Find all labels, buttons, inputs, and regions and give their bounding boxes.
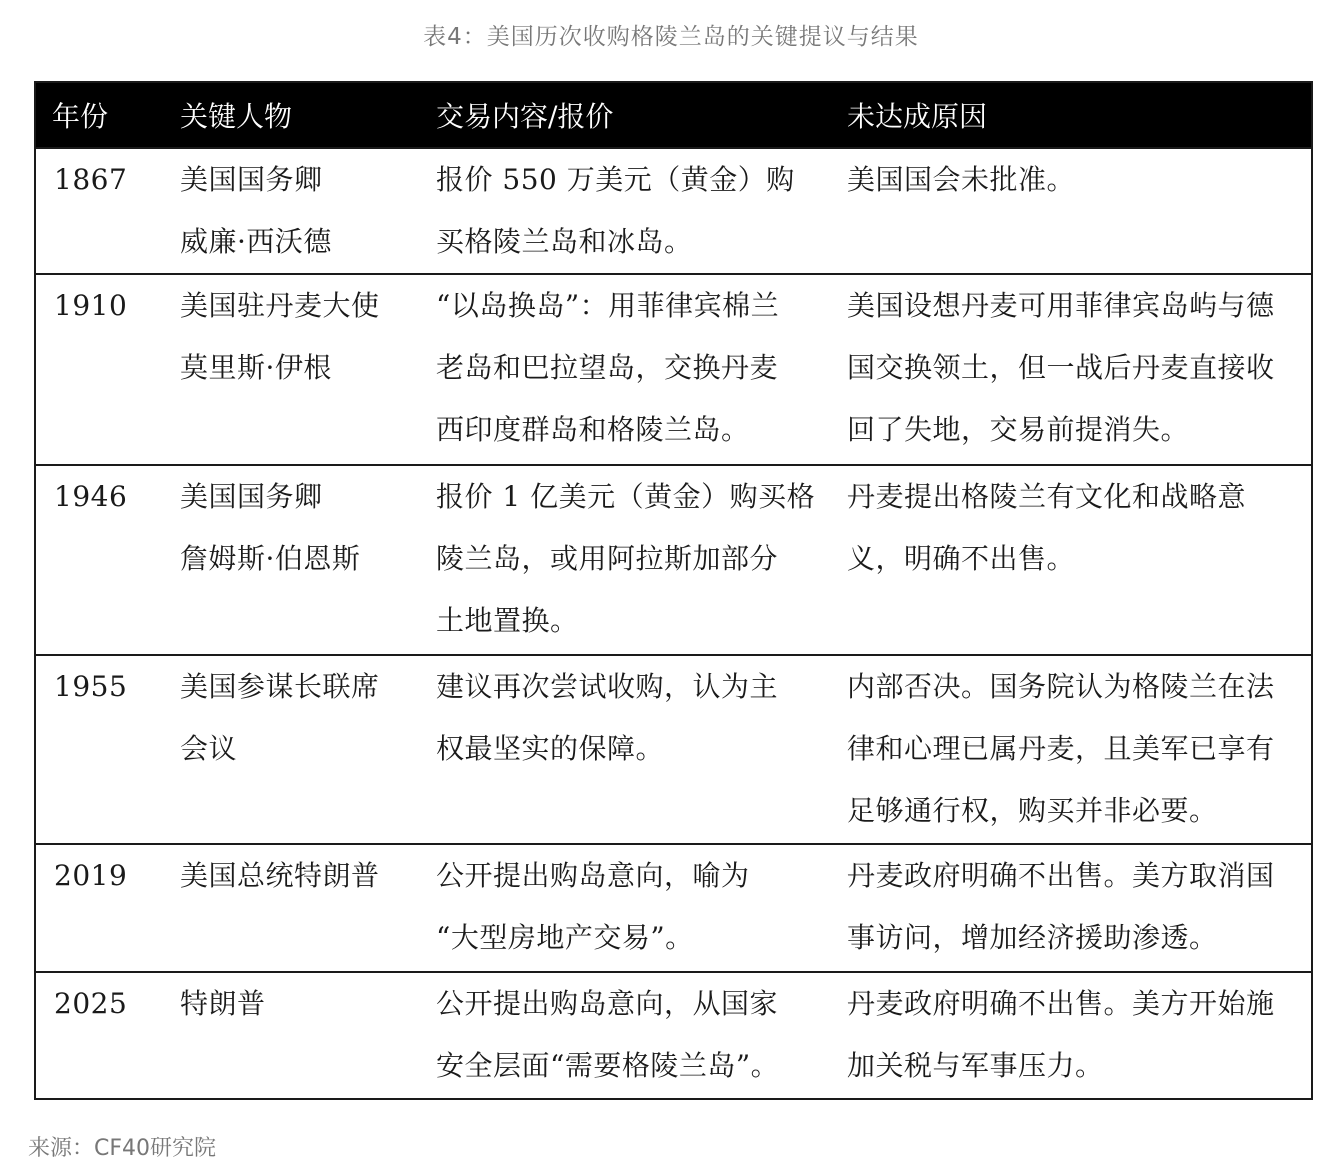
- table-caption: 表4：美国历次收购格陵兰岛的关键提议与结果: [0, 18, 1342, 51]
- header-reason: 未达成原因: [831, 82, 1312, 148]
- table-row: 1910 美国驻丹麦大使 莫里斯·伊根 “以岛换岛”：用菲律宾棉兰 老岛和巴拉望…: [35, 274, 1312, 465]
- header-person: 关键人物: [164, 82, 420, 148]
- cell-reason: 美国设想丹麦可用菲律宾岛屿与德 国交换领土，但一战后丹麦直接收 回了失地，交易前…: [831, 274, 1312, 465]
- header-year: 年份: [35, 82, 164, 148]
- table-row: 2019 美国总统特朗普 公开提出购岛意向，喻为 “大型房地产交易”。 丹麦政府…: [35, 844, 1312, 972]
- cell-year: 1910: [35, 274, 164, 465]
- cell-person: 美国总统特朗普: [164, 844, 420, 972]
- cell-deal: 报价 550 万美元（黄金）购 买格陵兰岛和冰岛。: [420, 148, 831, 274]
- header-deal: 交易内容/报价: [420, 82, 831, 148]
- cell-reason: 美国国会未批准。: [831, 148, 1312, 274]
- table-row: 1867 美国国务卿 威廉·西沃德 报价 550 万美元（黄金）购 买格陵兰岛和…: [35, 148, 1312, 274]
- cell-reason: 丹麦政府明确不出售。美方取消国 事访问，增加经济援助渗透。: [831, 844, 1312, 972]
- cell-reason: 内部否决。国务院认为格陵兰在法 律和心理已属丹麦，且美军已享有 足够通行权，购买…: [831, 655, 1312, 844]
- cell-deal: 报价 1 亿美元（黄金）购买格 陵兰岛，或用阿拉斯加部分 土地置换。: [420, 465, 831, 655]
- cell-year: 1867: [35, 148, 164, 274]
- table-row: 2025 特朗普 公开提出购岛意向，从国家 安全层面“需要格陵兰岛”。 丹麦政府…: [35, 972, 1312, 1099]
- cell-reason: 丹麦提出格陵兰有文化和战略意 义，明确不出售。: [831, 465, 1312, 655]
- cell-person: 美国驻丹麦大使 莫里斯·伊根: [164, 274, 420, 465]
- cell-deal: “以岛换岛”：用菲律宾棉兰 老岛和巴拉望岛，交换丹麦 西印度群岛和格陵兰岛。: [420, 274, 831, 465]
- cell-year: 1955: [35, 655, 164, 844]
- cell-year: 2019: [35, 844, 164, 972]
- cell-person: 美国参谋长联席 会议: [164, 655, 420, 844]
- cell-deal: 公开提出购岛意向，喻为 “大型房地产交易”。: [420, 844, 831, 972]
- table-row: 1955 美国参谋长联席 会议 建议再次尝试收购，认为主 权最坚实的保障。 内部…: [35, 655, 1312, 844]
- cell-person: 特朗普: [164, 972, 420, 1099]
- cell-deal: 建议再次尝试收购，认为主 权最坚实的保障。: [420, 655, 831, 844]
- cell-person: 美国国务卿 威廉·西沃德: [164, 148, 420, 274]
- cell-person: 美国国务卿 詹姆斯·伯恩斯: [164, 465, 420, 655]
- cell-deal: 公开提出购岛意向，从国家 安全层面“需要格陵兰岛”。: [420, 972, 831, 1099]
- source-note: 来源：CF40研究院: [28, 1131, 216, 1162]
- table-row: 1946 美国国务卿 詹姆斯·伯恩斯 报价 1 亿美元（黄金）购买格 陵兰岛，或…: [35, 465, 1312, 655]
- cell-year: 2025: [35, 972, 164, 1099]
- cell-reason: 丹麦政府明确不出售。美方开始施 加关税与军事压力。: [831, 972, 1312, 1099]
- proposals-table: 年份 关键人物 交易内容/报价 未达成原因 1867 美国国务卿 威廉·西沃德 …: [34, 81, 1313, 1100]
- table-header-row: 年份 关键人物 交易内容/报价 未达成原因: [35, 82, 1312, 148]
- cell-year: 1946: [35, 465, 164, 655]
